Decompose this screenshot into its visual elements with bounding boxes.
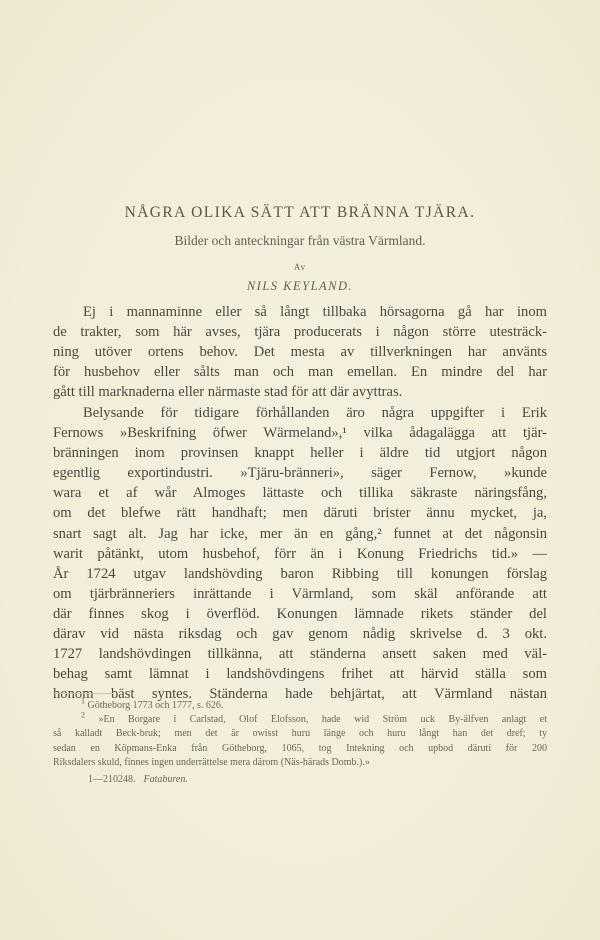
footnote-marker: 2 (81, 711, 85, 720)
text-line: egentlig exportindustri. »Tjäru-bränneri… (53, 463, 547, 483)
text-line: därav vid nästa riksdag och gav genom nå… (53, 624, 547, 644)
footnote-2-line: Riksdalers skuld, finnes ingen underrätt… (53, 756, 547, 770)
signature-code: 1—210248. (88, 774, 136, 785)
document-page: NÅGRA OLIKA SÄTT ATT BRÄNNA TJÄRA. Bilde… (0, 0, 600, 940)
footnote-marker: 1 (81, 697, 85, 706)
article-title: NÅGRA OLIKA SÄTT ATT BRÄNNA TJÄRA. (0, 204, 600, 222)
text-line: 1727 landshövdingen tillkänna, att ständ… (53, 644, 547, 664)
footnotes: 1 Götheborg 1773 och 1777, s. 626. 2 »En… (53, 699, 547, 770)
text-line: där finnes skog i överflöd. Konungen läm… (53, 604, 547, 624)
footnote-2-line: 2 »En Borgare i Carlstad, Olof Elofsson,… (53, 713, 547, 727)
footnote-2-line: sedan en Köpmans-Enka från Götheborg, 10… (53, 742, 547, 756)
signature-label: Fataburen. (144, 774, 188, 785)
text-line: Belysande för tidigare förhållanden äro … (53, 403, 547, 423)
text-line: warit påtänkt, utom husbehof, förr än i … (53, 544, 547, 564)
text-line: bränningen inom provinsen knappt heller … (53, 443, 547, 463)
footnote-divider (53, 693, 113, 694)
text-line: behag samt lämnat i landshövdingens frih… (53, 664, 547, 684)
text-line: wara et af wår Almoges lättaste och till… (53, 483, 547, 503)
text-line: snart sagt alt. Jag har icke, mer än en … (53, 524, 547, 544)
paragraph-1: Ej i mannaminne eller så långt tillbaka … (53, 302, 547, 402)
author-name: NILS KEYLAND. (0, 279, 600, 294)
text-line: gått till marknaderna eller närmaste sta… (53, 382, 547, 402)
footnote-text: »En Borgare i Carlstad, Olof Elofsson, h… (98, 714, 547, 725)
text-line: de trakter, som här avses, tjära produce… (53, 322, 547, 342)
text-line: om det blefwe rätt handhaft; men däruti … (53, 503, 547, 523)
paragraph-2: Belysande för tidigare förhållanden äro … (53, 403, 547, 704)
footnote-text: Götheborg 1773 och 1777, s. 626. (88, 700, 224, 711)
text-line: Ej i mannaminne eller så långt tillbaka … (53, 302, 547, 322)
printer-signature: 1—210248.Fataburen. (88, 774, 188, 785)
text-line: om tjärbränneriers inrättande i Värmland… (53, 584, 547, 604)
text-line: Fernows »Beskrifning öfwer Wärmeland»,¹ … (53, 423, 547, 443)
footnote-2-line: så kalladt Beck-bruk; men det är owisst … (53, 727, 547, 741)
text-line: År 1724 utgav landshövding baron Ribbing… (53, 564, 547, 584)
text-line: för husbehov eller sålts man och man eme… (53, 362, 547, 382)
text-line: ning utöver ortens behov. Det mesta av t… (53, 342, 547, 362)
byline-by: Av (0, 262, 600, 272)
article-subtitle: Bilder och anteckningar från västra Värm… (0, 233, 600, 249)
footnote-1: 1 Götheborg 1773 och 1777, s. 626. (53, 699, 547, 713)
